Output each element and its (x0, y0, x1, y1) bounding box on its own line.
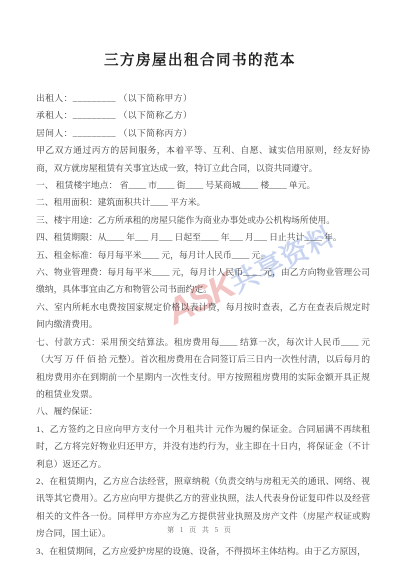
paragraph-guarantee-item-3: 3、在租赁期间，乙方应爱护房屋的设施、设备，不得损坏主体结构。由于乙方原因， (36, 543, 370, 560)
paragraph-clause-6-property-fee: 六、物业管理费：每月每平米____ 元，每月计人民币____ 元，由乙方向物业管… (36, 264, 370, 299)
paragraph-clause-6b-utilities: 六、室内所耗水电费按国家规定价格以表计费，每月按时查表，乙方在查表后规定时间内缴… (36, 299, 370, 334)
document-page: ASK共享资料 三方房屋出租合同书的范本 出租人：_________ （以下简称… (0, 0, 400, 565)
paragraph-clause-3-usage: 三、楼宇用途：乙方所承租的房屋只能作为商业办事处或办公机构场所使用。 (36, 212, 370, 229)
paragraph-clause-1-location: 一、 租赁楼宇地点： 省____ 市____ 街____ 号某商城____ 楼_… (36, 177, 370, 194)
paragraph-clause-4-term: 四、租赁期限：从____ 年___ 月___ 日起至____ 年___ 月___… (36, 229, 370, 246)
page-number-footer: 第 1 页 共 5 页 (0, 525, 400, 535)
paragraph-clause-5-rent: 五、租金标准：每月每平米____ 元，每月计人民币____ 元。 (36, 247, 370, 264)
party-line-intermediary: 居间人：_________ （以下简称丙方） (36, 125, 370, 142)
party-line-lessor: 出租人：_________ （以下简称甲方） (36, 90, 370, 107)
document-body: 出租人：_________ （以下简称甲方） 承租人：_________ （以下… (36, 90, 370, 560)
document-title: 三方房屋出租合同书的范本 (0, 49, 400, 70)
paragraph-guarantee-item-1: 1、乙方签约之日应向甲方支付一个月租共计 元作为履约保证金。合同届满不再续租时，… (36, 421, 370, 473)
paragraph-clause-8-guarantee-heading: 八、履约保证： (36, 403, 370, 420)
paragraph-clause-2-area: 二、租用面积：建筑面积共计____ 平方米。 (36, 194, 370, 211)
party-line-lessee: 承租人：_________ （以下简称乙方） (36, 107, 370, 124)
paragraph-clause-7-payment: 七、付款方式：采用预交结算法。租房费用每____ 结算一次，每次计人民币____… (36, 334, 370, 404)
paragraph-intro: 甲乙双方通过丙方的居间服务，本着平等、互利、自愿、诚实信用原则，经友好协商，双方… (36, 142, 370, 177)
